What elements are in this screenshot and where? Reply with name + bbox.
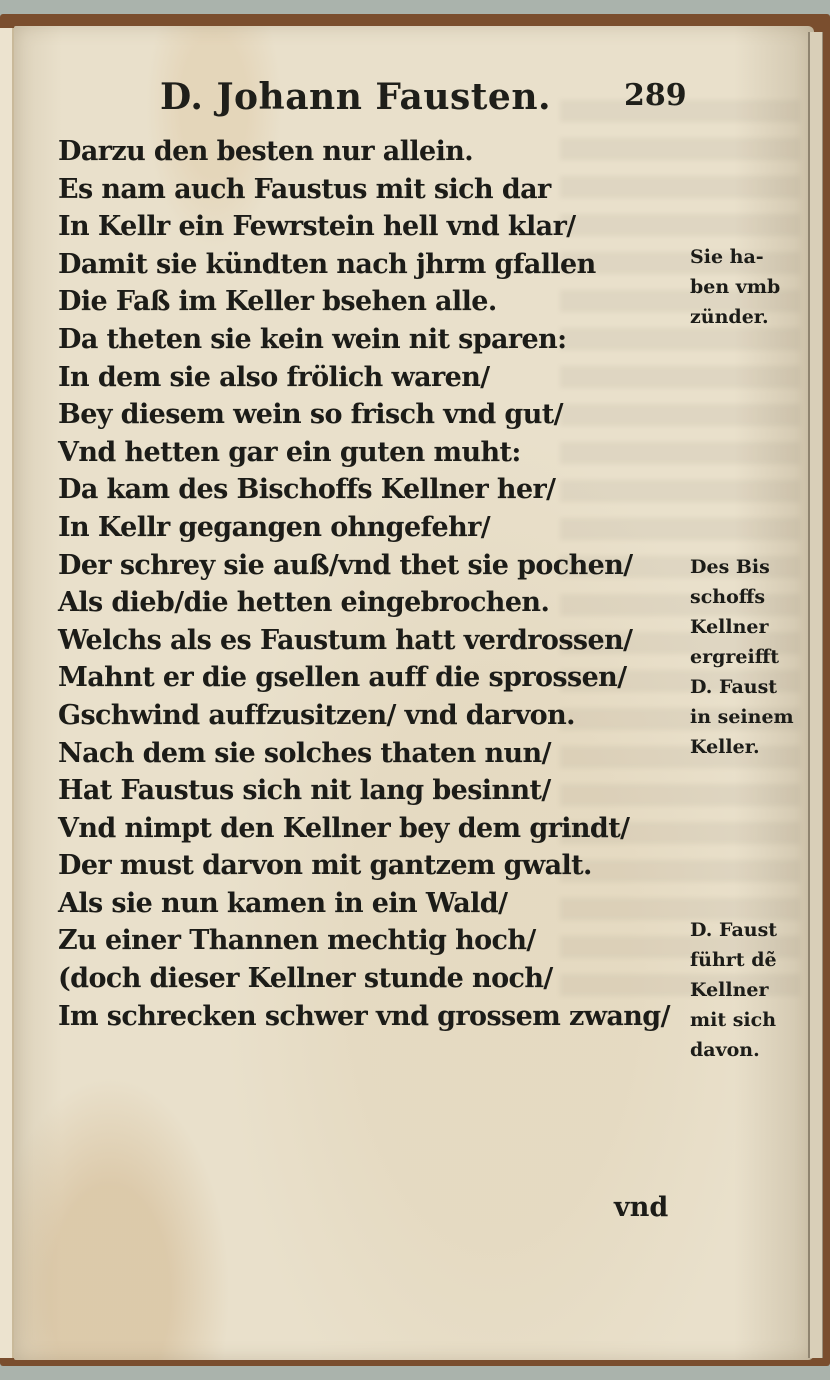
gloss-line: Des Bis [690, 552, 794, 582]
running-head: D. Johann Fausten. [160, 76, 551, 118]
verse-line: In Kellr ein Fewrstein hell vnd klar/ [58, 208, 670, 246]
gloss-line: Keller. [690, 732, 794, 762]
gloss-line: führt dẽ [690, 945, 777, 975]
gloss-line: ben vmb [690, 272, 780, 302]
gloss-line: mit sich [690, 1005, 777, 1035]
verse-line: Hat Faustus sich nit lang besinnt/ [58, 772, 670, 810]
marginal-gloss-faust-carries: D. Faust führt dẽ Kellner mit sich davon… [690, 915, 777, 1065]
catchword: vnd [614, 1192, 668, 1223]
verse-line: Nach dem sie solches thaten nun/ [58, 735, 670, 773]
facing-page-edge [0, 28, 14, 1358]
verse-line: Darzu den besten nur allein. [58, 133, 670, 171]
gloss-line: Kellner [690, 975, 777, 1005]
verse-line: Die Faß im Keller bsehen alle. [58, 283, 670, 321]
verse-line: In Kellr gegangen ohngefehr/ [58, 509, 670, 547]
verse-line: Da theten sie kein wein nit sparen: [58, 321, 670, 359]
page-fore-edge [808, 32, 823, 1358]
gloss-line: zünder. [690, 302, 780, 332]
verse-line: In dem sie also frölich waren/ [58, 359, 670, 397]
marginal-gloss-tinder: Sie ha- ben vmb zünder. [690, 242, 780, 332]
verse-line: Als sie nun kamen in ein Wald/ [58, 885, 670, 923]
gloss-line: schoffs [690, 582, 794, 612]
gloss-line: D. Faust [690, 672, 794, 702]
gloss-line: Kellner [690, 612, 794, 642]
verse-text: Darzu den besten nur allein. Es nam auch… [58, 133, 670, 1035]
gloss-line: davon. [690, 1035, 777, 1065]
verse-line: Da kam des Bischoffs Kellner her/ [58, 471, 670, 509]
verse-line: Vnd nimpt den Kellner bey dem grindt/ [58, 810, 670, 848]
verse-line: Der must darvon mit gantzem gwalt. [58, 847, 670, 885]
verse-line: Es nam auch Faustus mit sich dar [58, 171, 670, 209]
verse-line: Bey diesem wein so frisch vnd gut/ [58, 396, 670, 434]
verse-line: Welchs als es Faustum hatt verdrossen/ [58, 622, 670, 660]
gloss-line: Sie ha- [690, 242, 780, 272]
verse-line: Im schrecken schwer vnd grossem zwang/ [58, 998, 670, 1036]
verse-line: Gschwind auffzusitzen/ vnd darvon. [58, 697, 670, 735]
verse-line: Als dieb/die hetten eingebrochen. [58, 584, 670, 622]
verse-line: Der schrey sie auß/vnd thet sie pochen/ [58, 547, 670, 585]
verse-line: Vnd hetten gar ein guten muht: [58, 434, 670, 472]
page-number: 289 [624, 78, 687, 113]
verse-line: (doch dieser Kellner stunde noch/ [58, 960, 670, 998]
gloss-line: ergreifft [690, 642, 794, 672]
gloss-line: D. Faust [690, 915, 777, 945]
gloss-line: in seinem [690, 702, 794, 732]
verse-line: Zu einer Thannen mechtig hoch/ [58, 922, 670, 960]
verse-line: Mahnt er die gsellen auff die sprossen/ [58, 659, 670, 697]
verse-line: Damit sie kündten nach jhrm gfallen [58, 246, 670, 284]
scanned-book-page: D. Johann Fausten. 289 Darzu den besten … [0, 0, 830, 1380]
marginal-gloss-cellarer: Des Bis schoffs Kellner ergreifft D. Fau… [690, 552, 794, 762]
